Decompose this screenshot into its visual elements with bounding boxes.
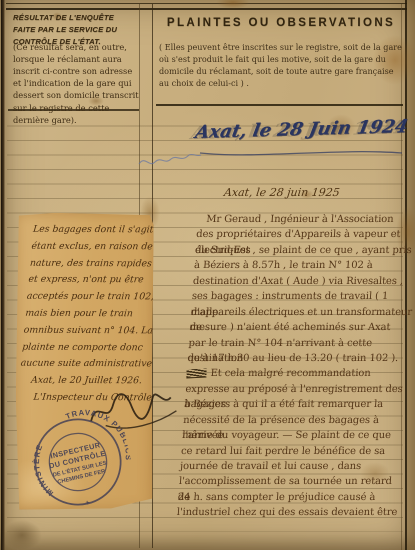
note-line: et express, n'ont pu être	[28, 272, 152, 289]
handwritten-line: Et cela malgré recommandation	[186, 366, 411, 381]
handwritten-text: mesure ) n'aient été acheminés sur Axat	[189, 322, 390, 333]
note-line: omnibus suivant n° 104. La	[23, 322, 147, 339]
inspector-note-text: Les bagages dont il s'agit étant exclus,…	[17, 222, 156, 407]
handwritten-line: du Sud-Est , se plaint de ce que , ayant…	[195, 243, 415, 258]
handwritten-text: destination d'Axat ( Aude ) via Rivesalt…	[193, 276, 404, 287]
right-column-title: PLAINTES OU OBSERVATIONS	[158, 17, 404, 29]
note-line: plainte ne comporte donc	[21, 339, 145, 356]
handwritten-line: à Béziers à qui il a été fait remarquer …	[184, 397, 409, 412]
note-line: étant exclus, en raison de leur	[31, 239, 155, 256]
crossed-out-word	[186, 368, 206, 378]
handwritten-line: ses bagages : instruments de travail ( 1…	[191, 289, 415, 304]
handwritten-text: même du voyageur. — Se plaint de ce que	[182, 430, 391, 441]
handwritten-text: journée de travail et lui cause , dans	[180, 461, 362, 472]
handwritten-text: ce retard lui fait perdre le bénéfice de…	[181, 446, 386, 457]
handwritten-line: destination d'Axat ( Aude ) via Rivesalt…	[192, 274, 415, 289]
right-header-underline	[156, 104, 403, 106]
handwritten-line: journée de travail et lui cause , dans	[179, 459, 404, 474]
stamp-ornament: +	[84, 498, 90, 508]
left-column-note: (Ce résultat sera, en outre, lorsque le …	[13, 41, 139, 126]
handwritten-text: qu'à 17 h.30 au lieu de 13.20 ( train 10…	[187, 353, 398, 364]
note-line: Les bagages dont il s'agit	[32, 222, 156, 239]
handwritten-line: qu'à 17 h.30 au lieu de 13.20 ( train 10…	[187, 351, 412, 366]
handwritten-line: 24 h. sans compter le préjudice causé à	[177, 490, 402, 505]
handwritten-line: l'accomplissement de sa tournée un retar…	[178, 474, 403, 489]
complaint-body: Mr Geraud , Ingénieur à l'Association de…	[176, 212, 415, 521]
ink-flourish-underline	[198, 146, 406, 160]
handwritten-line: même du voyageur. — Se plaint de ce que	[182, 428, 407, 443]
handwritten-text: Et cela malgré recommandation	[210, 368, 371, 379]
handwritten-line: l'industriel chez qui des essais devaien…	[176, 505, 401, 520]
handwritten-text: à Béziers à qui il a été fait remarquer …	[184, 399, 383, 410]
handwritten-text: l'industriel chez qui des essais devaien…	[176, 507, 397, 518]
right-column-note: ( Elles peuvent être inscrites sur le re…	[159, 41, 405, 90]
handwritten-line: à Béziers à 8.57h , le train N° 102 à	[193, 258, 415, 273]
note-line: aucune suite administrative.	[20, 356, 144, 373]
handwritten-text: du Sud-Est , se plaint de ce que , ayant…	[195, 245, 412, 256]
registry-page: RÉSULTAT DE L'ENQUÊTE FAITE PAR LE SERVI…	[0, 0, 415, 550]
handwritten-text: 24 h. sans compter le préjudice causé à	[177, 492, 375, 503]
note-line: acceptés pour le train 102,	[26, 289, 150, 306]
illegible-blue-annotation	[136, 151, 206, 171]
handwritten-line: ce retard lui fait perdre le bénéfice de…	[181, 444, 406, 459]
handwritten-line: expresse au préposé à l'enregistrement d…	[185, 382, 410, 397]
handwritten-line: mesure ) n'aient été acheminés sur Axat	[189, 320, 414, 335]
note-line: nature, des trains rapides	[29, 255, 153, 272]
top-double-rule	[6, 3, 407, 10]
note-line: mais bien pour le train	[24, 306, 148, 323]
handwritten-line: par le train N° 104 n'arrivant à cette d…	[188, 336, 413, 351]
page-binding-edge	[1, 0, 5, 550]
handwritten-text: Mr Geraud , Ingénieur à l'Association	[206, 214, 394, 225]
handwritten-entry-date: Axat, le 28 juin 1925	[223, 186, 340, 199]
handwritten-line: d'appareils électriques et un transforma…	[190, 305, 415, 320]
handwritten-line: Mr Geraud , Ingénieur à l'Association	[197, 212, 415, 227]
handwritten-line: des propriétaires d'Appareils à vapeur e…	[196, 227, 415, 242]
handwritten-text: à Béziers à 8.57h , le train N° 102 à	[194, 260, 373, 271]
handwritten-line: nécessité de la présence des bagages à l…	[183, 413, 408, 428]
